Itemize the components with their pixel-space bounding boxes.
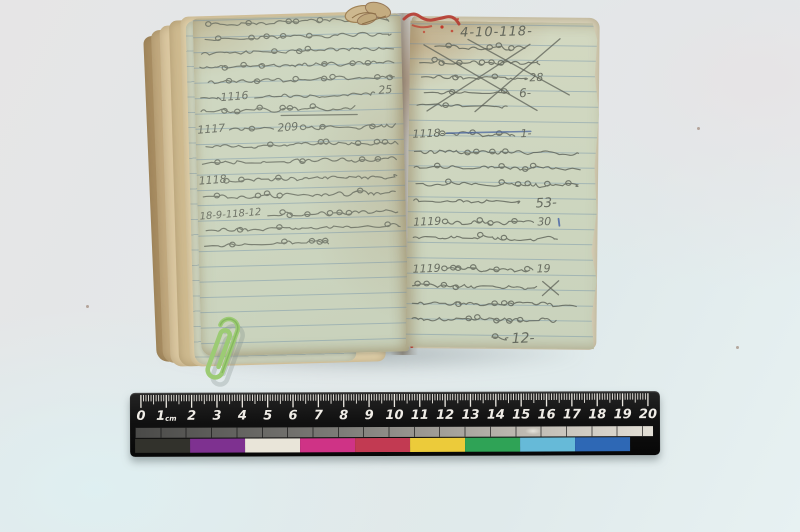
handwritten-numeral: 30	[537, 215, 551, 229]
color-patch	[465, 438, 520, 452]
ruler-unit-label: cm	[165, 415, 176, 423]
ruler-number: 16	[537, 407, 555, 422]
ruler-number: 10	[385, 408, 403, 423]
ruler-number: 8	[339, 408, 348, 423]
scuff-mark	[525, 427, 541, 434]
ruler-number: 9	[365, 408, 374, 423]
handwritten-numeral: 1118-	[412, 126, 444, 140]
dust-speck	[697, 127, 700, 130]
handwritten-numeral: 19	[536, 262, 550, 276]
ruler-number: 2	[187, 409, 196, 424]
color-patch	[190, 439, 245, 453]
ruler-number: 5	[263, 408, 272, 423]
handwritten-numeral: 25	[378, 83, 393, 97]
ruler-number: 14	[487, 408, 505, 423]
notebook: 1116251117209111818-9-118-12 4-10-118- 2…	[140, 5, 610, 390]
handwritten-numeral: 1119	[412, 262, 440, 276]
ruler-number: 6	[289, 408, 298, 423]
handwritten-numeral: 1119	[413, 215, 441, 229]
dust-speck	[86, 305, 89, 308]
ruler-number: 3	[212, 409, 221, 424]
ruler-number: 7	[314, 408, 323, 423]
color-patch	[355, 438, 410, 452]
right-page: 4-10-118- 286-1118-1-53-11193011191912-	[406, 21, 603, 350]
handwritten-numeral: 1118	[198, 173, 227, 188]
right-page-handwriting: 286-1118-1-53-11193011191912-	[406, 21, 603, 350]
left-page-handwriting: 1116251117209111818-9-118-12	[193, 13, 410, 356]
ruler-number: 19	[614, 407, 632, 422]
dust-speck	[736, 346, 739, 349]
ruler-number: 13	[461, 408, 479, 423]
color-patch	[575, 437, 630, 451]
ruler-number: 11	[411, 408, 429, 423]
color-patch	[245, 438, 300, 452]
handwritten-numeral: 28	[529, 71, 543, 85]
ruler-number: 15	[512, 408, 530, 423]
color-patch	[410, 438, 465, 452]
grayscale-wedge	[135, 426, 653, 438]
photograph-canvas: 1116251117209111818-9-118-12 4-10-118- 2…	[0, 0, 800, 532]
ruler-number: 12	[436, 408, 454, 423]
ruler-number: 20	[639, 407, 657, 422]
handwritten-numeral: 1116	[220, 89, 249, 104]
handwritten-numeral: 12-	[511, 330, 534, 347]
color-calibration-patches	[135, 437, 653, 453]
ruler-number: 4	[238, 409, 247, 424]
binding-thread-red-icon	[398, 5, 470, 45]
color-patch	[520, 437, 575, 451]
ruler-number: 0	[136, 409, 145, 424]
ruler-number: 17	[563, 407, 581, 422]
ruler-number: 1cm	[156, 409, 177, 424]
handwritten-numeral: 18-9-118-12	[199, 207, 261, 223]
handwritten-numeral: 1117	[197, 122, 226, 137]
scale-bar-ruler: 01cm234567891011121314151617181920	[130, 391, 660, 457]
handwritten-numeral: 6-	[519, 86, 531, 100]
binding-knot	[340, 0, 406, 36]
handwritten-numeral: 209	[277, 120, 299, 135]
handwritten-numeral: 53-	[535, 196, 557, 212]
color-patch	[300, 438, 355, 452]
handwritten-numeral: 1-	[520, 127, 531, 140]
ruler-number: 18	[588, 407, 606, 422]
color-patch	[135, 439, 190, 453]
left-page: 1116251117209111818-9-118-12	[193, 13, 410, 356]
